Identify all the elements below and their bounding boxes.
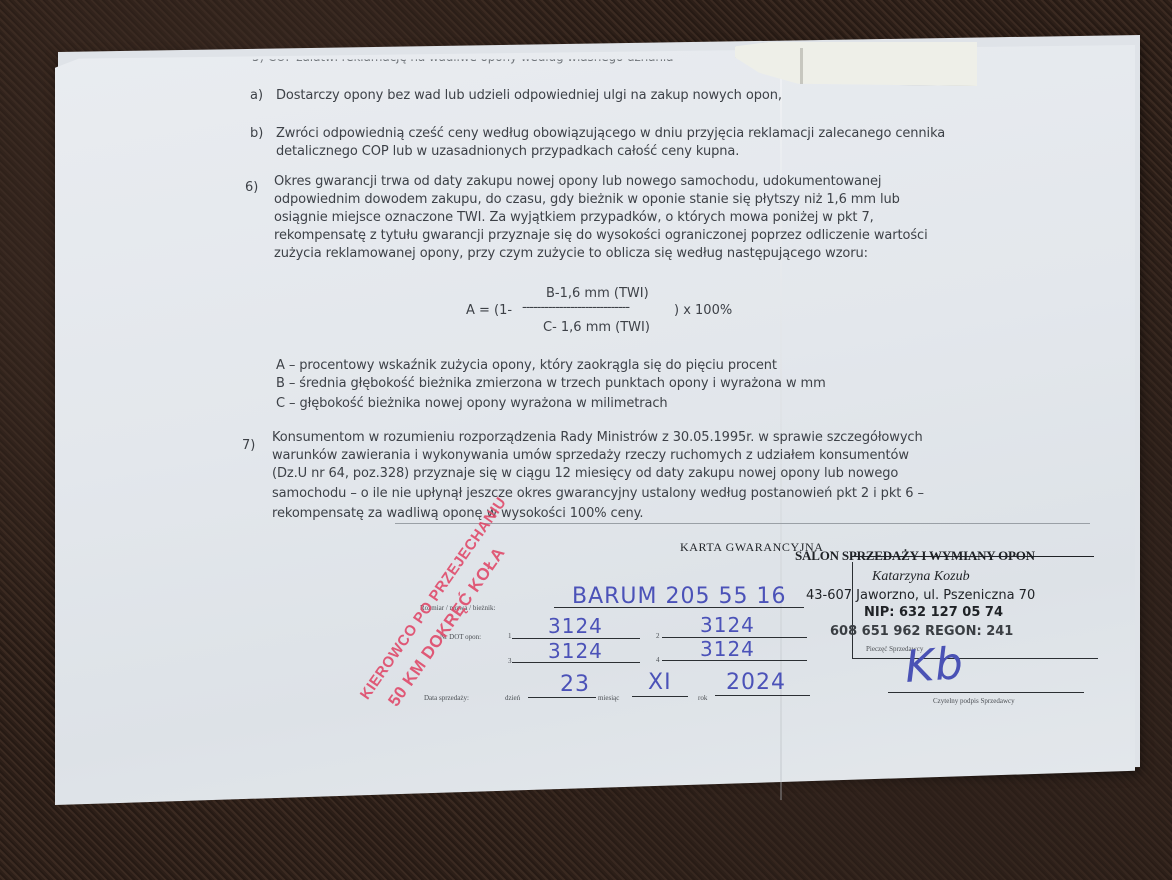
- item-b-line-1: Zwróci odpowiednią cześć ceny według obo…: [276, 124, 945, 143]
- seller-stamp-regon: 608 651 962 REGON: 241: [830, 624, 1013, 639]
- dot-4-value: 3124: [700, 637, 755, 661]
- item-6-line-5: zużycia reklamowanej opony, przy czym zu…: [274, 244, 868, 263]
- legend-a: A – procentowy wskaźnik zużycia opony, k…: [276, 356, 777, 375]
- item-6-line-4: rekompensatę z tytułu gwarancji przyznaj…: [274, 226, 928, 245]
- formula-denominator: C- 1,6 mm (TWI): [543, 320, 650, 335]
- formula-lhs: A = (1-: [466, 303, 512, 318]
- sale-date-label: Data sprzedaży:: [424, 694, 469, 702]
- dot-2-value: 3124: [700, 613, 755, 637]
- formula-dashes: -----------------------------: [522, 300, 629, 315]
- seller-stamp-address: 43-607 Jaworzno, ul. Pszeniczna 70: [806, 588, 1035, 603]
- formula-numerator: B-1,6 mm (TWI): [546, 286, 649, 301]
- seller-stamp-nip: NIP: 632 127 05 74: [864, 605, 1003, 620]
- signature-caption: Czytelny podpis Sprzedawcy: [933, 697, 1015, 705]
- item-a-label: a): [250, 88, 263, 103]
- item-7-line-2: warunków zawierania i wykonywania umów s…: [272, 446, 909, 465]
- dot-1-number: 1: [508, 632, 512, 640]
- dot-1-value: 3124: [548, 614, 603, 638]
- month-line: [632, 696, 688, 697]
- item-7-line-4: samochodu – o ile nie upłynął jeszcze ok…: [272, 484, 924, 503]
- dot-4-number: 4: [656, 656, 660, 664]
- year-value: 2024: [726, 670, 786, 695]
- dot-3-value: 3124: [548, 639, 603, 663]
- item-6-line-3: osiągnie miejsce oznaczone TWI. Za wyjąt…: [274, 208, 874, 227]
- item-7-line-1: Konsumentom w rozumieniu rozporządzenia …: [272, 428, 923, 447]
- month-label: miesiąc: [598, 694, 619, 702]
- section-divider: [395, 523, 1090, 524]
- seller-stamp-owner: Katarzyna Kozub: [872, 569, 970, 585]
- year-label: rok: [698, 694, 707, 702]
- signature-line: [888, 692, 1084, 693]
- item-7-line-3: (Dz.U nr 64, poz.328) przyznaje się w ci…: [272, 464, 898, 483]
- item-b-line-2: detalicznego COP lub w uzasadnionych prz…: [276, 142, 739, 161]
- item-b-label: b): [250, 126, 263, 141]
- dot-2-number: 2: [656, 632, 660, 640]
- year-line: [715, 695, 810, 696]
- seller-signature: Kb: [903, 638, 965, 693]
- formula-rhs: ) x 100%: [674, 303, 732, 318]
- size-value: BARUM 205 55 16: [572, 584, 786, 609]
- item-6-line-1: Okres gwarancji trwa od daty zakupu nowe…: [274, 172, 881, 191]
- item-7-line-5: rekompensatę za wadliwą oponę w wysokośc…: [272, 504, 643, 523]
- tape-crease: [800, 48, 803, 84]
- legend-b: B – średnia głębokość bieżnika zmierzona…: [276, 374, 826, 393]
- item-6-line-2: odpowiednim dowodem zakupu, do czasu, gd…: [274, 190, 900, 209]
- day-value: 23: [560, 672, 590, 697]
- month-value: XI: [648, 670, 672, 695]
- day-line: [528, 697, 596, 698]
- legend-c: C – głębokość bieżnika nowej opony wyraż…: [276, 394, 668, 413]
- item-a-text: Dostarczy opony bez wad lub udzieli odpo…: [276, 86, 782, 105]
- dot-3-number: 3: [508, 657, 512, 665]
- item-7-label: 7): [242, 438, 255, 453]
- item-6-label: 6): [245, 180, 258, 195]
- stamp-strike-line: [852, 556, 1094, 557]
- day-label: dzień: [505, 694, 520, 702]
